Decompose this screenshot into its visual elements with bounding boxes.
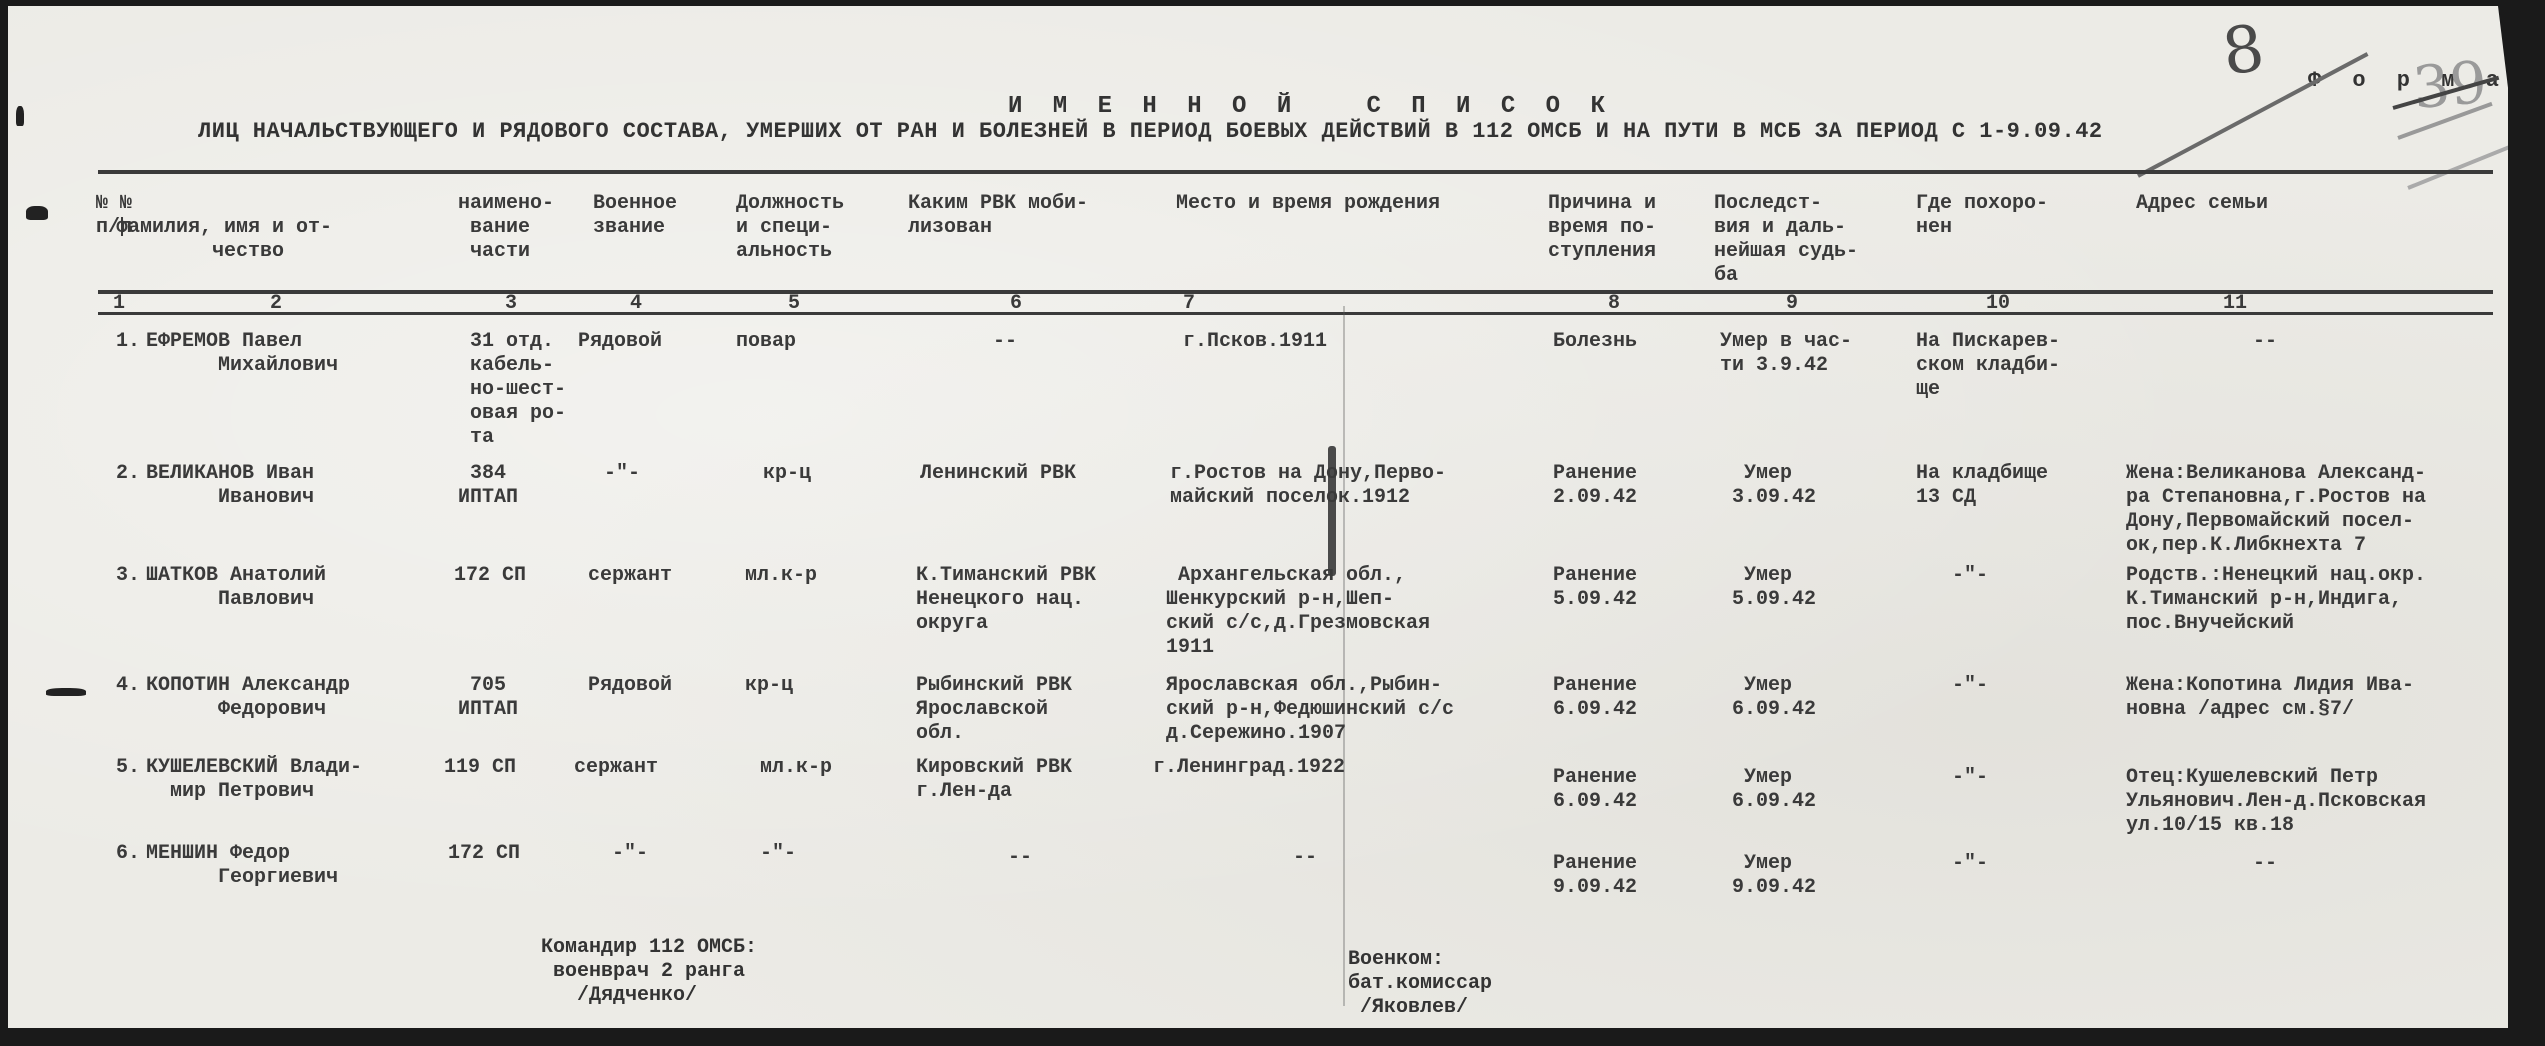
cell-family: -- (2253, 330, 2277, 354)
cell-family: Родств.:Ненецкий нац.окр. К.Тиманский р-… (2126, 564, 2426, 636)
cell-unit: 172 СП (454, 564, 526, 588)
header-outcome: Последст- вия и даль- нейшая судь- ба (1714, 192, 1858, 288)
column-number: 8 (1608, 292, 1620, 316)
cell-rank: -"- (612, 842, 648, 866)
cell-birth: Ярославская обл.,Рыбин- ский р-н,Федюшин… (1166, 674, 1454, 746)
document-subtitle: ЛИЦ НАЧАЛЬСТВУЮЩЕГО И РЯДОВОГО СОСТАВА, … (198, 119, 2103, 145)
cell-family: Отец:Кушелевский Петр Ульянович.Лен-д.Пс… (2126, 766, 2426, 838)
header-rank: Военное звание (593, 192, 677, 240)
cell-cause: Ранение 6.09.42 (1553, 674, 1637, 722)
cell-position: кр-ц (745, 674, 793, 698)
cell-birth: г.Псков.1911 (1183, 330, 1327, 354)
header-family: Адрес семьи (2136, 192, 2268, 216)
table-top-rule (98, 170, 2493, 174)
document-title: И М Е Н Н О Й С П И С О К (1008, 94, 1613, 120)
column-number: 5 (788, 292, 800, 316)
cell-rvk: -- (993, 330, 1017, 354)
cell-rank: -"- (604, 462, 640, 486)
cell-rvk: Кировский РВК г.Лен-да (916, 756, 1072, 804)
cell-rank: Рядовой (588, 674, 672, 698)
cell-cause: Ранение 5.09.42 (1553, 564, 1637, 612)
column-number: 2 (270, 292, 282, 316)
cell-name: ЕФРЕМОВ Павел Михайлович (146, 330, 338, 378)
column-number: 1 (113, 292, 125, 316)
cell-cause: Ранение 9.09.42 (1553, 852, 1637, 900)
cell-unit: 384 ИПТАП (458, 462, 518, 510)
column-number-rule (98, 312, 2493, 315)
punch-mark (26, 206, 48, 220)
cell-position: -"- (760, 842, 796, 866)
document-page: 8 Ф о р м а 3 39 И М Е Н Н О Й С П И С О… (8, 6, 2508, 1028)
cell-buried: -"- (1916, 564, 1988, 588)
column-number: 9 (1786, 292, 1798, 316)
cell-rank: сержант (588, 564, 672, 588)
cell-buried: -"- (1916, 852, 1988, 876)
column-number: 4 (630, 292, 642, 316)
punch-mark (16, 106, 24, 126)
cell-cause: Ранение 6.09.42 (1553, 766, 1637, 814)
cell-unit: 172 СП (448, 842, 520, 866)
punch-mark (46, 688, 86, 696)
cell-outcome: Умер 9.09.42 (1720, 852, 1816, 900)
header-rvk: Каким РВК моби- лизован (908, 192, 1088, 240)
cell-birth: г.Ростов на Дону,Перво- майский поселок.… (1170, 462, 1446, 510)
column-number: 10 (1986, 292, 2010, 316)
cell-birth: г.Ленинград.1922 (1153, 756, 1345, 780)
column-number: 6 (1010, 292, 1022, 316)
cell-position: повар (736, 330, 796, 354)
cell-num: 6. (116, 842, 140, 866)
cell-rank: Рядовой (578, 330, 662, 354)
cell-outcome: Умер 6.09.42 (1720, 766, 1816, 814)
header-buried: Где похоро- нен (1916, 192, 2048, 240)
cell-outcome: Умер 3.09.42 (1720, 462, 1816, 510)
cell-family: -- (2253, 852, 2277, 876)
pencil-strike-line (2407, 145, 2510, 190)
cell-num: 5. (116, 756, 140, 780)
column-number: 7 (1183, 292, 1195, 316)
cell-buried: -"- (1916, 674, 1988, 698)
cell-position: кр-ц (763, 462, 811, 486)
cell-num: 1. (116, 330, 140, 354)
cell-position: мл.к-р (760, 756, 832, 780)
header-birth: Место и время рождения (1176, 192, 1440, 216)
cell-outcome: Умер 6.09.42 (1720, 674, 1816, 722)
header-cause: Причина и время по- ступления (1548, 192, 1656, 264)
cell-rvk: -- (1008, 846, 1032, 870)
column-number: 3 (505, 292, 517, 316)
cell-num: 3. (116, 564, 140, 588)
cell-birth: Архангельская обл., Шенкурский р-н,Шеп- … (1166, 564, 1430, 660)
cell-outcome: Умер в час- ти 3.9.42 (1720, 330, 1852, 378)
commander-signature-block: Командир 112 ОМСБ: военврач 2 ранга /Дяд… (541, 936, 757, 1008)
cell-name: КОПОТИН Александр Федорович (146, 674, 350, 722)
cell-birth: -- (1293, 846, 1317, 870)
header-bottom-rule (98, 290, 2493, 294)
cell-rank: сержант (574, 756, 658, 780)
cell-family: Жена:Копотина Лидия Ива- новна /адрес см… (2126, 674, 2414, 722)
cell-rvk: Рыбинский РВК Ярославской обл. (916, 674, 1072, 746)
cell-buried: На кладбище 13 СД (1916, 462, 2048, 510)
commissar-signature-block: Военком: бат.комиссар /Яковлев/ (1348, 948, 1492, 1020)
cell-name: ВЕЛИКАНОВ Иван Иванович (146, 462, 314, 510)
header-unit: наимено- вание части (458, 192, 554, 264)
cell-cause: Болезнь (1553, 330, 1637, 354)
cell-num: 2. (116, 462, 140, 486)
cell-buried: На Пискарев- ском кладби- ще (1916, 330, 2060, 402)
header-name: фамилия, имя и от- чество (116, 216, 332, 264)
cell-cause: Ранение 2.09.42 (1553, 462, 1637, 510)
cell-unit: 31 отд. кабель- но-шест- овая ро- та (470, 330, 566, 450)
cell-name: КУШЕЛЕВСКИЙ Влади- мир Петрович (146, 756, 362, 804)
cell-num: 4. (116, 674, 140, 698)
cell-unit: 705 ИПТАП (458, 674, 518, 722)
header-position: Должность и специ- альность (736, 192, 844, 264)
column-number: 11 (2223, 292, 2247, 316)
cell-family: Жена:Великанова Александ- ра Степановна,… (2126, 462, 2426, 558)
cell-name: МЕНШИН Федор Георгиевич (146, 842, 338, 890)
handwritten-number: 8 (2218, 12, 2269, 91)
cell-buried: -"- (1916, 766, 1988, 790)
cell-position: мл.к-р (745, 564, 817, 588)
cell-unit: 119 СП (444, 756, 516, 780)
cell-outcome: Умер 5.09.42 (1720, 564, 1816, 612)
cell-rvk: К.Тиманский РВК Ненецкого нац. округа (916, 564, 1096, 636)
cell-name: ШАТКОВ Анатолий Павлович (146, 564, 326, 612)
cell-rvk: Ленинский РВК (920, 462, 1076, 486)
